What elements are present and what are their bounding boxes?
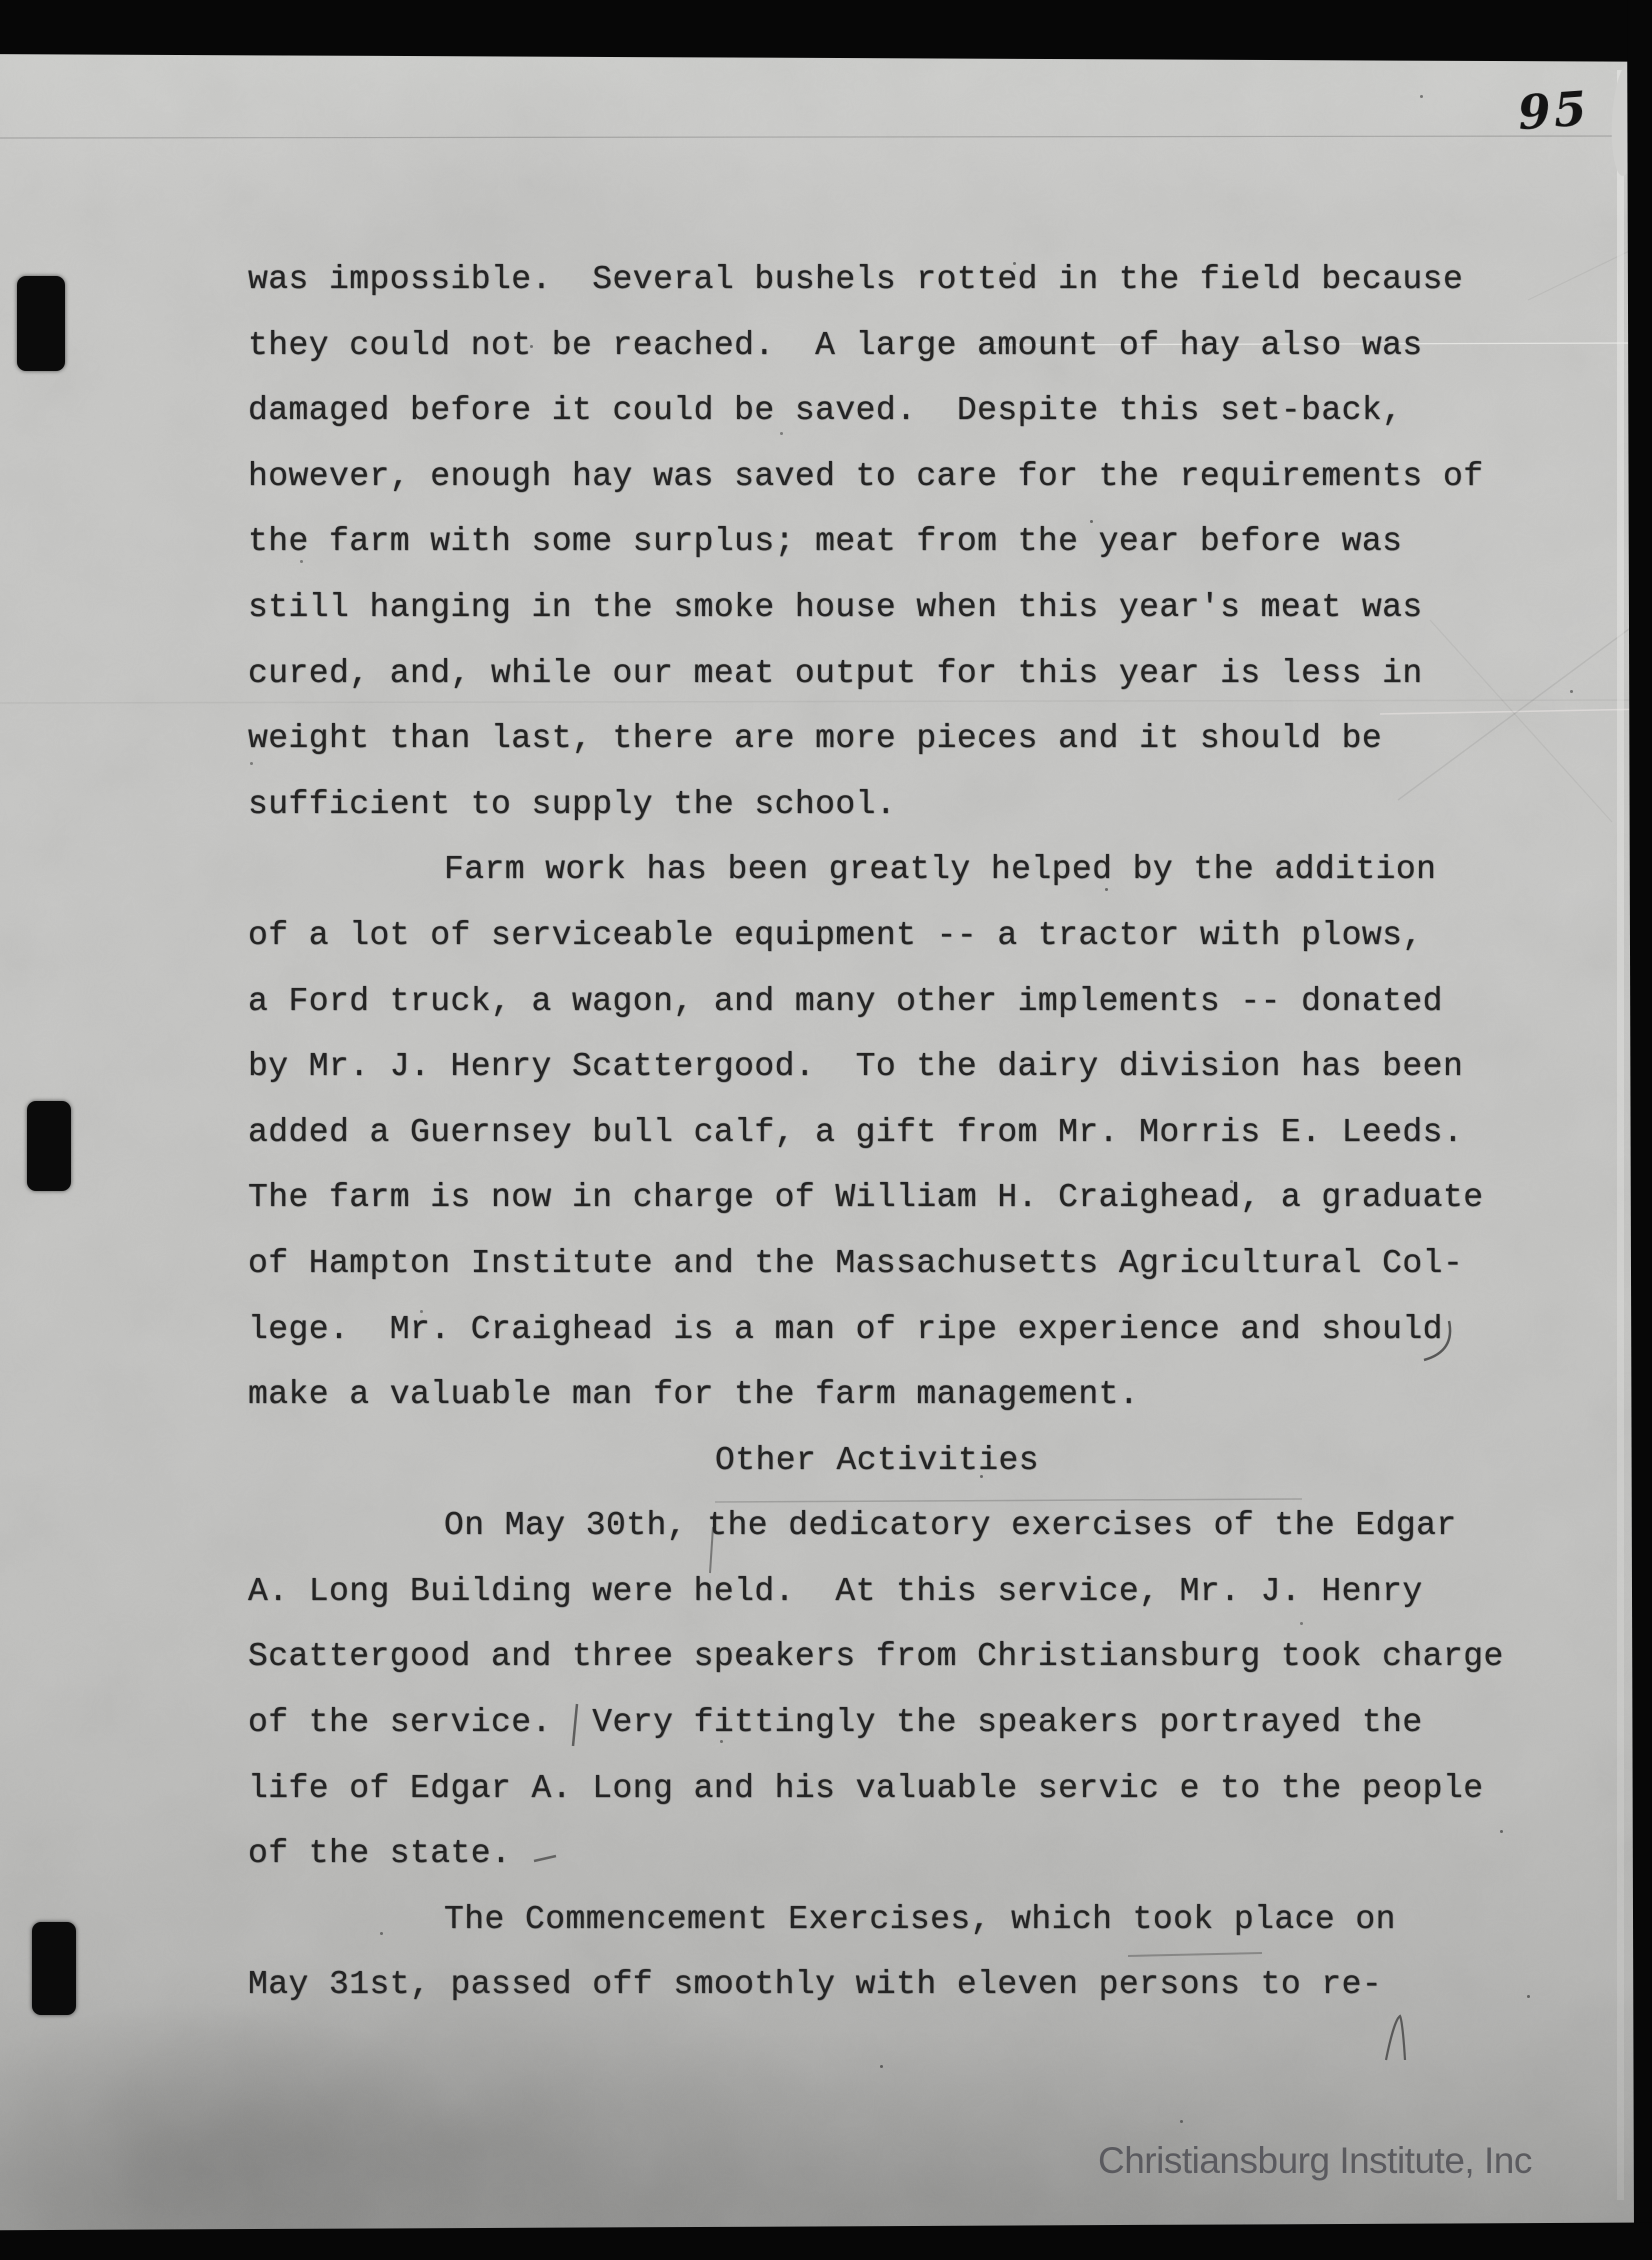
scan-line-artifact (0, 136, 1652, 138)
text-line: Farm work has been greatly helped by the… (248, 837, 1504, 903)
text-line: weight than last, there are more pieces … (248, 706, 1504, 772)
scan-border-top (0, 0, 1652, 63)
text-line: On May 30th, the dedicatory exercises of… (248, 1493, 1504, 1559)
pen-caret-mark (1386, 2016, 1405, 2060)
text-line: The farm is now in charge of William H. … (248, 1165, 1504, 1231)
typewritten-text: was impossible. Several bushels rotted i… (248, 247, 1504, 2018)
punch-mark (17, 276, 65, 371)
section-heading-line: Other Activities (248, 1428, 1504, 1494)
text-line: the farm with some surplus; meat from th… (248, 509, 1504, 575)
paper-edge-highlight (1617, 70, 1624, 2200)
punch-mark (32, 1922, 76, 2015)
text-line: May 31st, passed off smoothly with eleve… (248, 1952, 1504, 2018)
text-line: was impossible. Several bushels rotted i… (248, 247, 1504, 313)
text-line: make a valuable man for the farm managem… (248, 1362, 1504, 1428)
text-line: of a lot of serviceable equipment -- a t… (248, 903, 1504, 969)
handwritten-page-number: 95 (1516, 82, 1591, 142)
text-line: lege. Mr. Craighead is a man of ripe exp… (248, 1297, 1504, 1363)
text-line: of the state. (248, 1821, 1504, 1887)
text-line: they could not be reached. A large amoun… (248, 313, 1504, 379)
text-line: by Mr. J. Henry Scattergood. To the dair… (248, 1034, 1504, 1100)
scan-border-bottom (0, 2212, 1652, 2260)
text-line: of Hampton Institute and the Massachuset… (248, 1231, 1504, 1297)
text-line: life of Edgar A. Long and his valuable s… (248, 1756, 1504, 1822)
text-line: of the service. Very fittingly the speak… (248, 1690, 1504, 1756)
scanned-document-page: was impossible. Several bushels rotted i… (0, 0, 1652, 2260)
text-line: sufficient to supply the school. (248, 772, 1504, 838)
punch-mark (27, 1101, 71, 1191)
text-line: A. Long Building were held. At this serv… (248, 1559, 1504, 1625)
text-line: still hanging in the smoke house when th… (248, 575, 1504, 641)
text-line: a Ford truck, a wagon, and many other im… (248, 969, 1504, 1035)
archive-watermark: Christiansburg Institute, Inc (1098, 2140, 1532, 2182)
text-line: however, enough hay was saved to care fo… (248, 444, 1504, 510)
text-line: damaged before it could be saved. Despit… (248, 378, 1504, 444)
scan-border-right (1620, 0, 1652, 2260)
text-line: added a Guernsey bull calf, a gift from … (248, 1100, 1504, 1166)
text-line: The Commencement Exercises, which took p… (248, 1887, 1504, 1953)
text-line: cured, and, while our meat output for th… (248, 641, 1504, 707)
text-line: Scattergood and three speakers from Chri… (248, 1624, 1504, 1690)
